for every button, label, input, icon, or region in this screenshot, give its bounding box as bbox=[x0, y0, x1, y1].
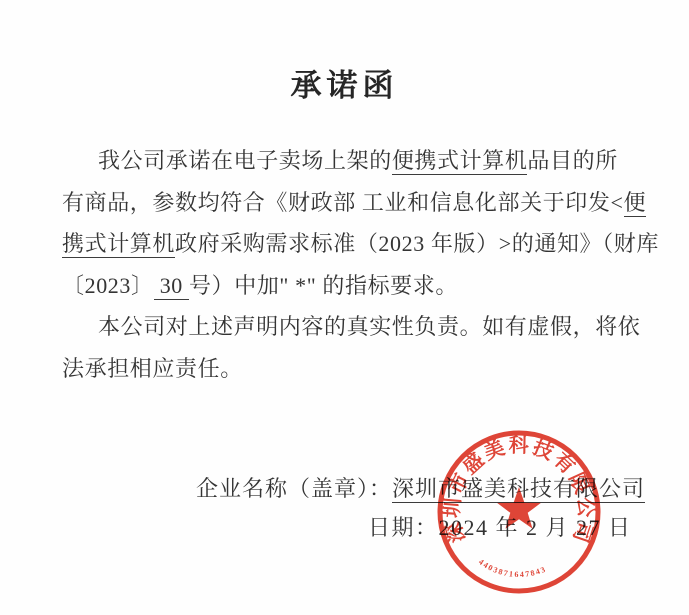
body-segment: 法承担相应责任。 bbox=[62, 356, 243, 381]
document-title: 承诺函 bbox=[0, 60, 689, 105]
body-segment: 政府采购需求标准（2023 年版）>的通知》（财库 bbox=[175, 231, 659, 256]
body-segment: 有商品，参数均符合《财政部 工业和信息化部关于印发< bbox=[62, 190, 624, 215]
body-segment: 本公司对上述声明内容的真实性负责。如有虚假，将依 bbox=[98, 314, 640, 339]
body-segment-underlined: 30 bbox=[154, 273, 189, 300]
seal-code-text: 4403871647843 bbox=[477, 557, 548, 579]
body-segment-underlined: 便 bbox=[624, 190, 647, 217]
body-line: 法承担相应责任。 bbox=[62, 348, 647, 390]
body-segment: 〔2023〕 bbox=[62, 273, 154, 298]
date-line: 日期：2024 年 2 月 27 日 bbox=[368, 511, 632, 542]
body-segment: 我公司承诺在电子卖场上架的 bbox=[98, 148, 392, 173]
body-line: 本公司对上述声明内容的真实性负责。如有虚假，将依 bbox=[62, 306, 647, 348]
body-segment: 品目的所 bbox=[527, 148, 617, 173]
body-segment-underlined: 携式计算机 bbox=[62, 231, 175, 258]
body-line: 携式计算机政府采购需求标准（2023 年版）>的通知》（财库 bbox=[62, 223, 647, 265]
body-line: 我公司承诺在电子卖场上架的便携式计算机品目的所 bbox=[62, 140, 647, 182]
body-text: 我公司承诺在电子卖场上架的便携式计算机品目的所 有商品，参数均符合《财政部 工业… bbox=[62, 140, 647, 389]
body-segment: 号）中加" *" 的指标要求。 bbox=[189, 273, 458, 298]
company-name-value: 深圳市盛美科技有限公司 bbox=[392, 476, 645, 503]
body-segment-underlined: 便携式计算机 bbox=[392, 148, 528, 175]
company-name-line: 企业名称（盖章）：深圳市盛美科技有限公司 bbox=[196, 472, 645, 503]
body-line: 〔2023〕 30 号）中加" *" 的指标要求。 bbox=[62, 265, 647, 307]
company-name-label: 企业名称（盖章）： bbox=[196, 476, 392, 501]
body-line: 有商品，参数均符合《财政部 工业和信息化部关于印发<便 bbox=[62, 182, 647, 224]
